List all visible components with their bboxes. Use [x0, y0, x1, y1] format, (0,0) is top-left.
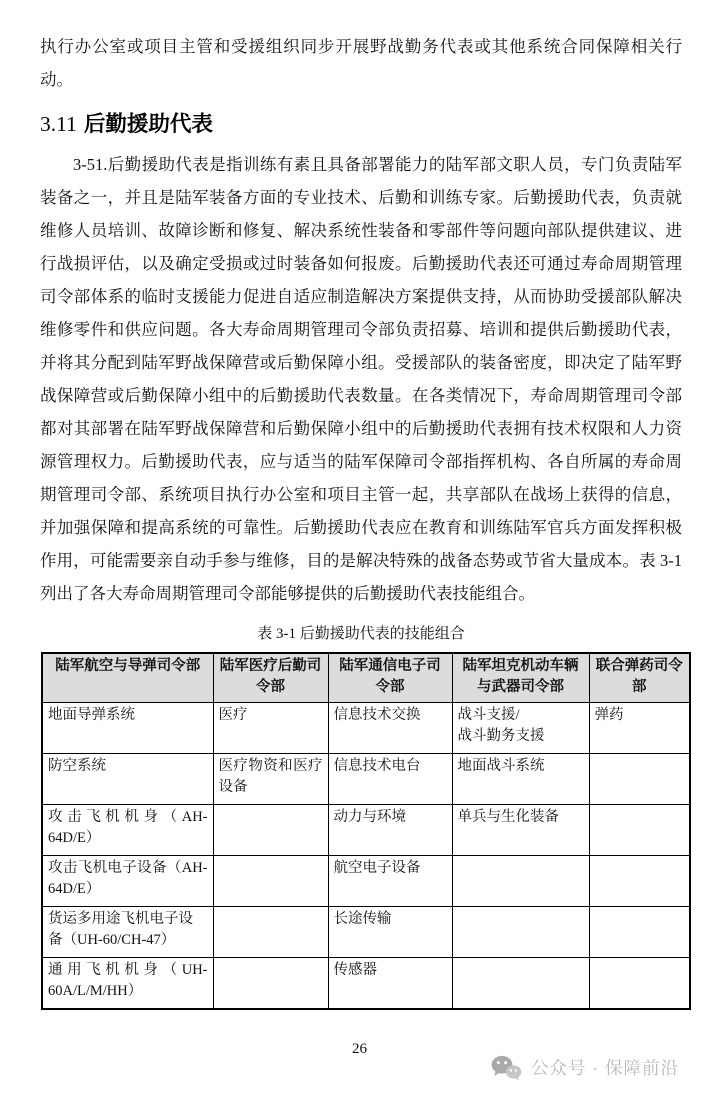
table-cell	[213, 805, 328, 856]
table-cell: 医疗物资和医疗设备	[213, 754, 328, 805]
table-cell: 防空系统	[42, 754, 213, 805]
table-cell	[452, 958, 589, 1010]
page-content: 执行办公室或项目主管和受援组织同步开展野战勤务代表或其他系统合同保障相关行动。 …	[0, 0, 719, 1010]
table-cell: 通用飞机机身（UH-60A/L/M/HH）	[42, 958, 213, 1010]
col-header-joint-munitions: 联合弹药司令部	[589, 653, 690, 703]
table-caption: 表 3-1 后勤援助代表的技能组合	[40, 624, 682, 645]
wechat-icon	[490, 1054, 522, 1081]
table-cell: 战斗支援/ 战斗勤务支援	[452, 703, 589, 754]
table-cell: 信息技术电台	[328, 754, 452, 805]
table-cell: 地面导弹系统	[42, 703, 213, 754]
table-cell	[452, 856, 589, 907]
table-cell	[213, 958, 328, 1010]
table-cell: 单兵与生化装备	[452, 805, 589, 856]
intro-paragraph: 执行办公室或项目主管和受援组织同步开展野战勤务代表或其他系统合同保障相关行动。	[40, 30, 682, 96]
col-header-tank-automotive-armaments: 陆军坦克机动车辆与武器司令部	[452, 653, 589, 703]
table-cell	[213, 856, 328, 907]
body-paragraph-3-51: 3-51.后勤援助代表是指训练有素且具备部署能力的陆军部文职人员，专门负责陆军装…	[40, 148, 682, 610]
table-row: 地面导弹系统 医疗 信息技术交换 战斗支援/ 战斗勤务支援 弹药	[42, 703, 690, 754]
table-row: 攻击飞机机身（AH-64D/E） 动力与环境 单兵与生化装备	[42, 805, 690, 856]
table-header-row: 陆军航空与导弹司令部 陆军医疗后勤司令部 陆军通信电子司令部 陆军坦克机动车辆与…	[42, 653, 690, 703]
watermark-text: 公众号 · 保障前沿	[531, 1055, 679, 1080]
section-number: 3.11	[40, 112, 77, 136]
table-cell	[589, 856, 690, 907]
section-title: 后勤援助代表	[84, 112, 213, 136]
table-cell: 地面战斗系统	[452, 754, 589, 805]
table-cell: 长途传输	[328, 907, 452, 958]
table-cell: 传感器	[328, 958, 452, 1010]
table-cell	[213, 907, 328, 958]
table-cell: 货运多用途飞机电子设 备（UH-60/CH-47）	[42, 907, 213, 958]
table-cell: 信息技术交换	[328, 703, 452, 754]
section-heading: 3.11后勤援助代表	[40, 109, 682, 139]
table-cell: 攻击飞机机身（AH-64D/E）	[42, 805, 213, 856]
watermark: 公众号 · 保障前沿	[490, 1054, 679, 1081]
col-header-aviation-missile: 陆军航空与导弹司令部	[42, 653, 213, 703]
table-cell: 航空电子设备	[328, 856, 452, 907]
table-cell: 医疗	[213, 703, 328, 754]
table-cell: 攻击飞机电子设备（AH-64D/E）	[42, 856, 213, 907]
table-row: 通用飞机机身（UH-60A/L/M/HH） 传感器	[42, 958, 690, 1010]
document-page: 执行办公室或项目主管和受援组织同步开展野战勤务代表或其他系统合同保障相关行动。 …	[0, 0, 719, 1102]
skills-table: 陆军航空与导弹司令部 陆军医疗后勤司令部 陆军通信电子司令部 陆军坦克机动车辆与…	[41, 652, 691, 1010]
table-cell: 动力与环境	[328, 805, 452, 856]
table-cell	[589, 907, 690, 958]
table-row: 防空系统 医疗物资和医疗设备 信息技术电台 地面战斗系统	[42, 754, 690, 805]
table-cell	[452, 907, 589, 958]
table-cell: 弹药	[589, 703, 690, 754]
table-cell	[589, 754, 690, 805]
table-cell	[589, 805, 690, 856]
col-header-comms-electronics: 陆军通信电子司令部	[328, 653, 452, 703]
table-row: 货运多用途飞机电子设 备（UH-60/CH-47） 长途传输	[42, 907, 690, 958]
table-row: 攻击飞机电子设备（AH-64D/E） 航空电子设备	[42, 856, 690, 907]
col-header-medical-logistics: 陆军医疗后勤司令部	[213, 653, 328, 703]
table-cell	[589, 958, 690, 1010]
